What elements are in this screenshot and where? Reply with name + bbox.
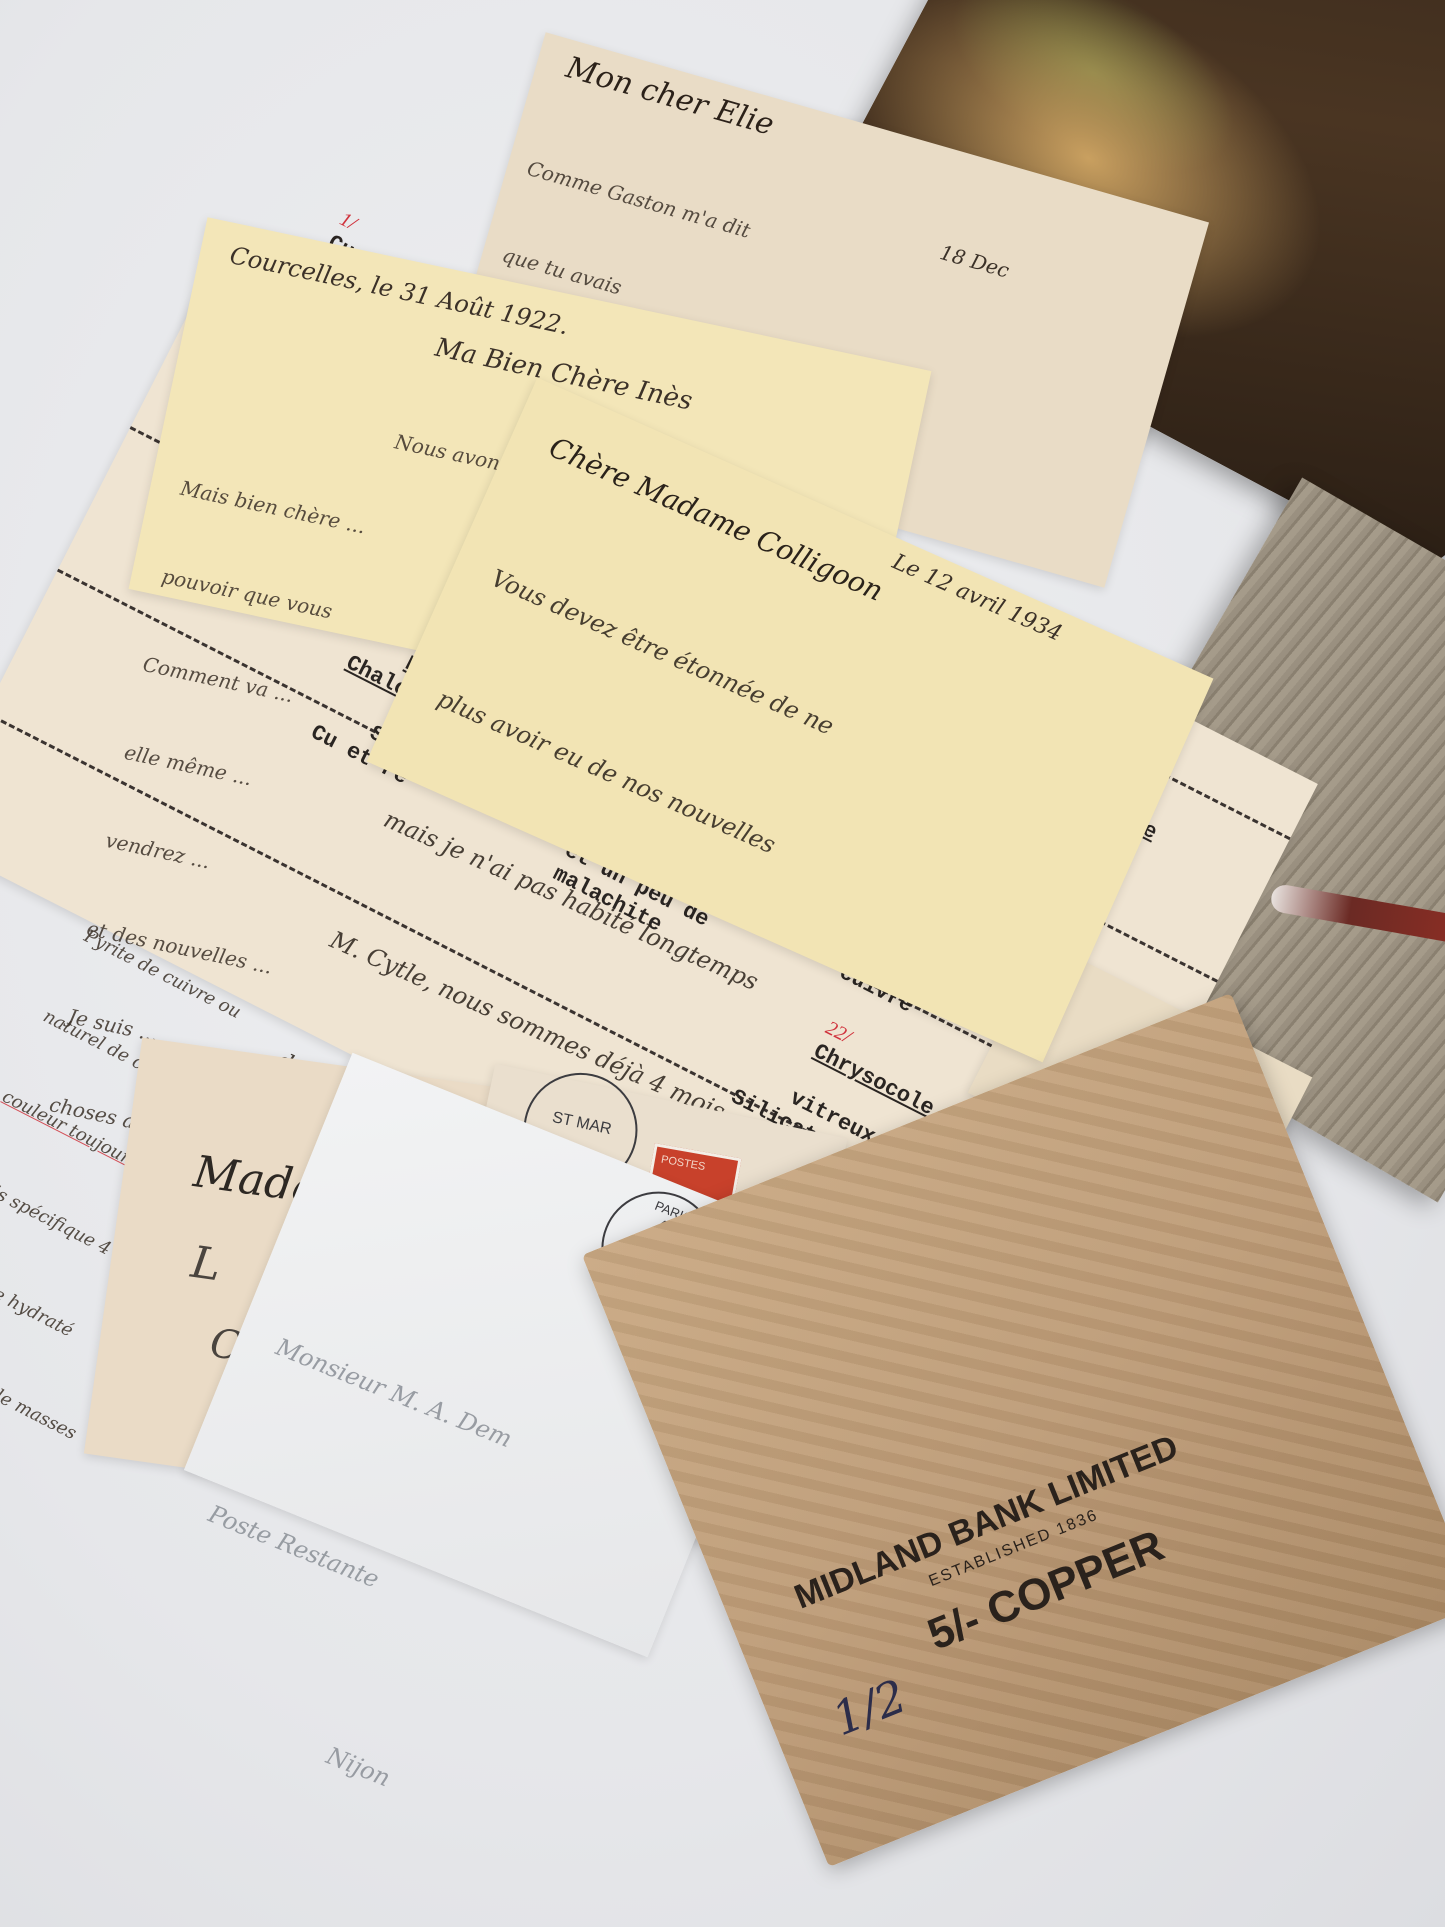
letter-date: 18 Dec xyxy=(937,240,1012,283)
bag-handwritten-note: 1/2 xyxy=(825,1669,914,1747)
